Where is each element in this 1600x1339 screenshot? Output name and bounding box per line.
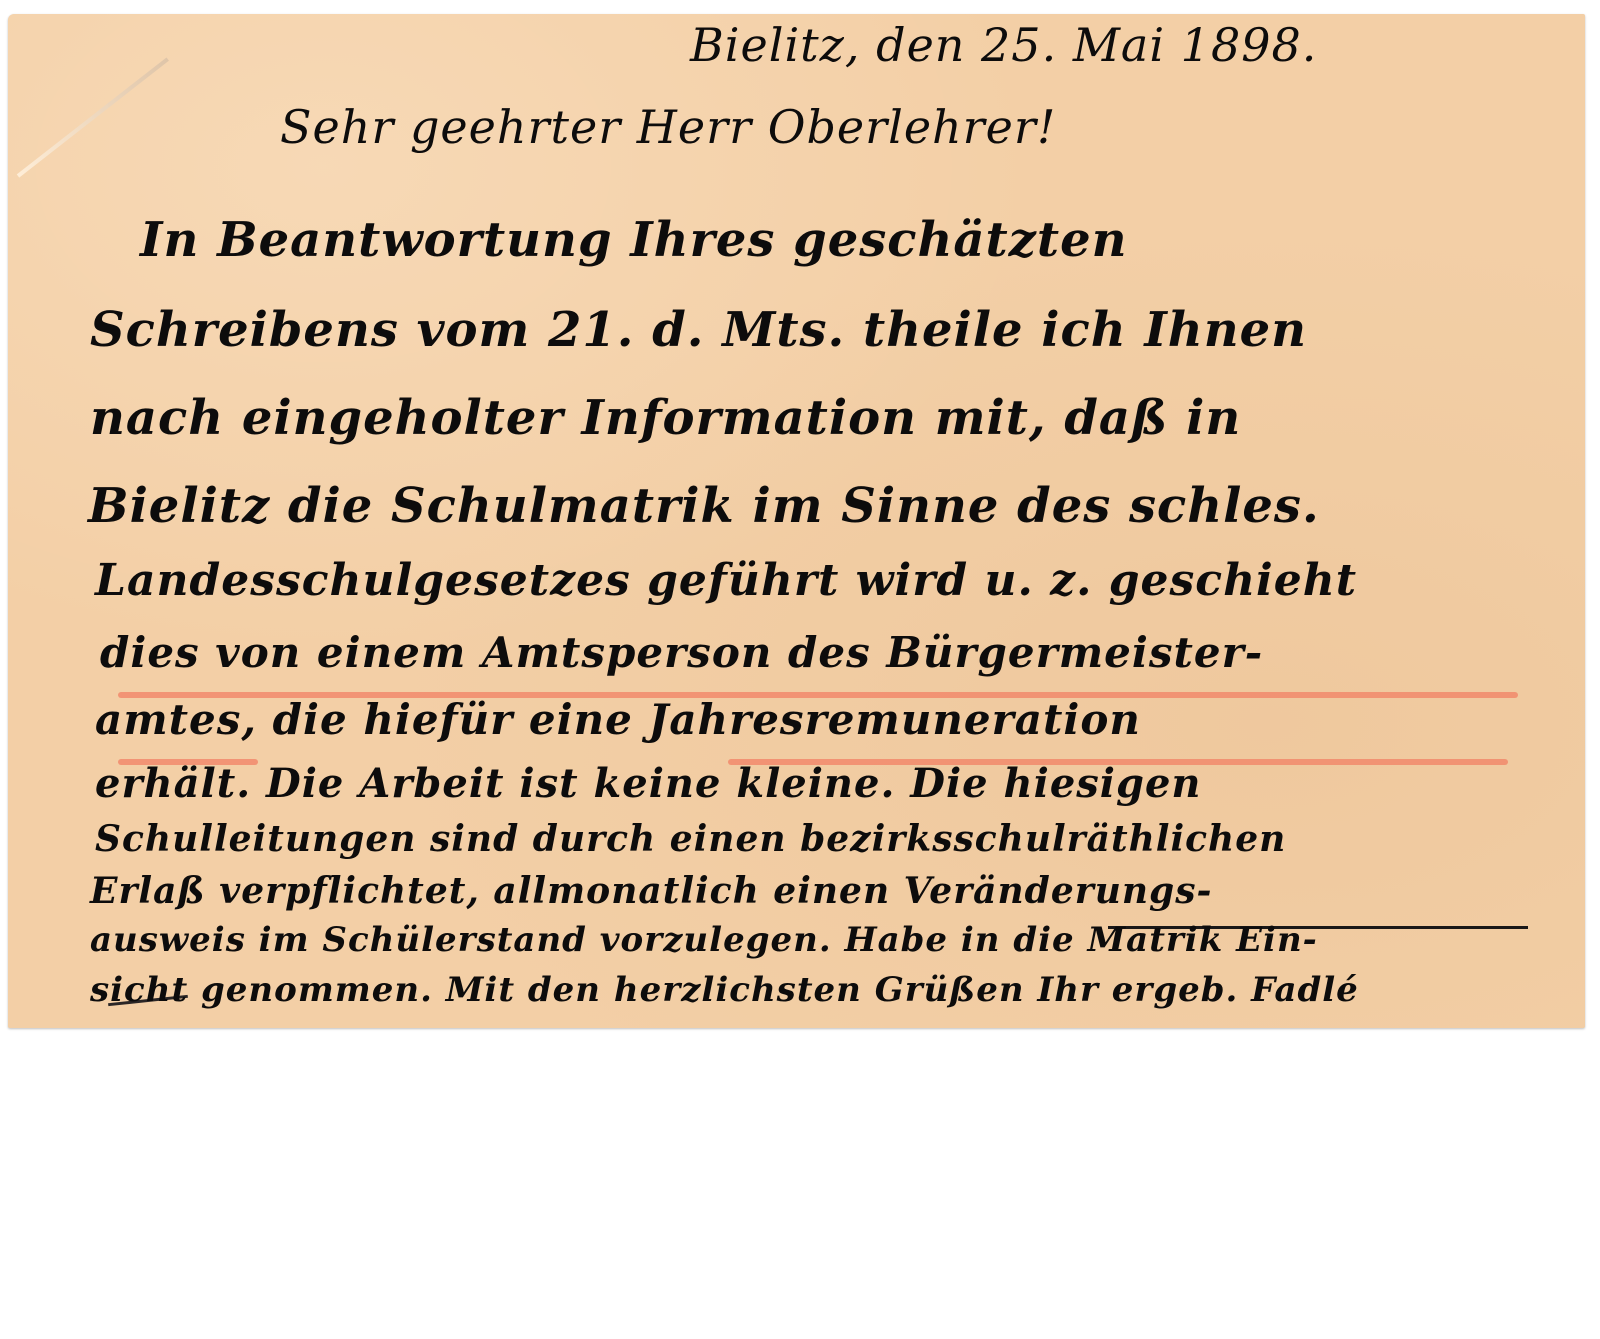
salutation: Sehr geehrter Herr Oberlehrer! xyxy=(280,100,1056,154)
body-line: amtes, die hiefür eine Jahresremuneratio… xyxy=(95,695,1141,744)
paper-crease xyxy=(17,57,169,177)
body-line: Schreibens vom 21. d. Mts. theile ich Ih… xyxy=(90,302,1307,358)
body-line-with-signature: sicht genommen. Mit den herzlichsten Grü… xyxy=(90,970,1359,1010)
body-line: Bielitz die Schulmatrik im Sinne des sch… xyxy=(88,478,1320,534)
body-line: ausweis im Schülerstand vorzulegen. Habe… xyxy=(90,920,1318,960)
body-line: Schulleitungen sind durch einen bezirkss… xyxy=(95,818,1286,860)
date-line: Bielitz, den 25. Mai 1898. xyxy=(690,18,1317,72)
body-line: Landesschulgesetzes geführt wird u. z. g… xyxy=(95,555,1357,606)
body-line: dies von einem Amtsperson des Bürgermeis… xyxy=(100,628,1263,677)
body-line: erhält. Die Arbeit ist keine kleine. Die… xyxy=(95,760,1202,807)
body-line: Erlaß verpflichtet, allmonatlich einen V… xyxy=(90,870,1212,912)
body-line: In Beantwortung Ihres geschätzten xyxy=(140,212,1128,268)
body-line: nach eingeholter Information mit, daß in xyxy=(90,390,1241,446)
